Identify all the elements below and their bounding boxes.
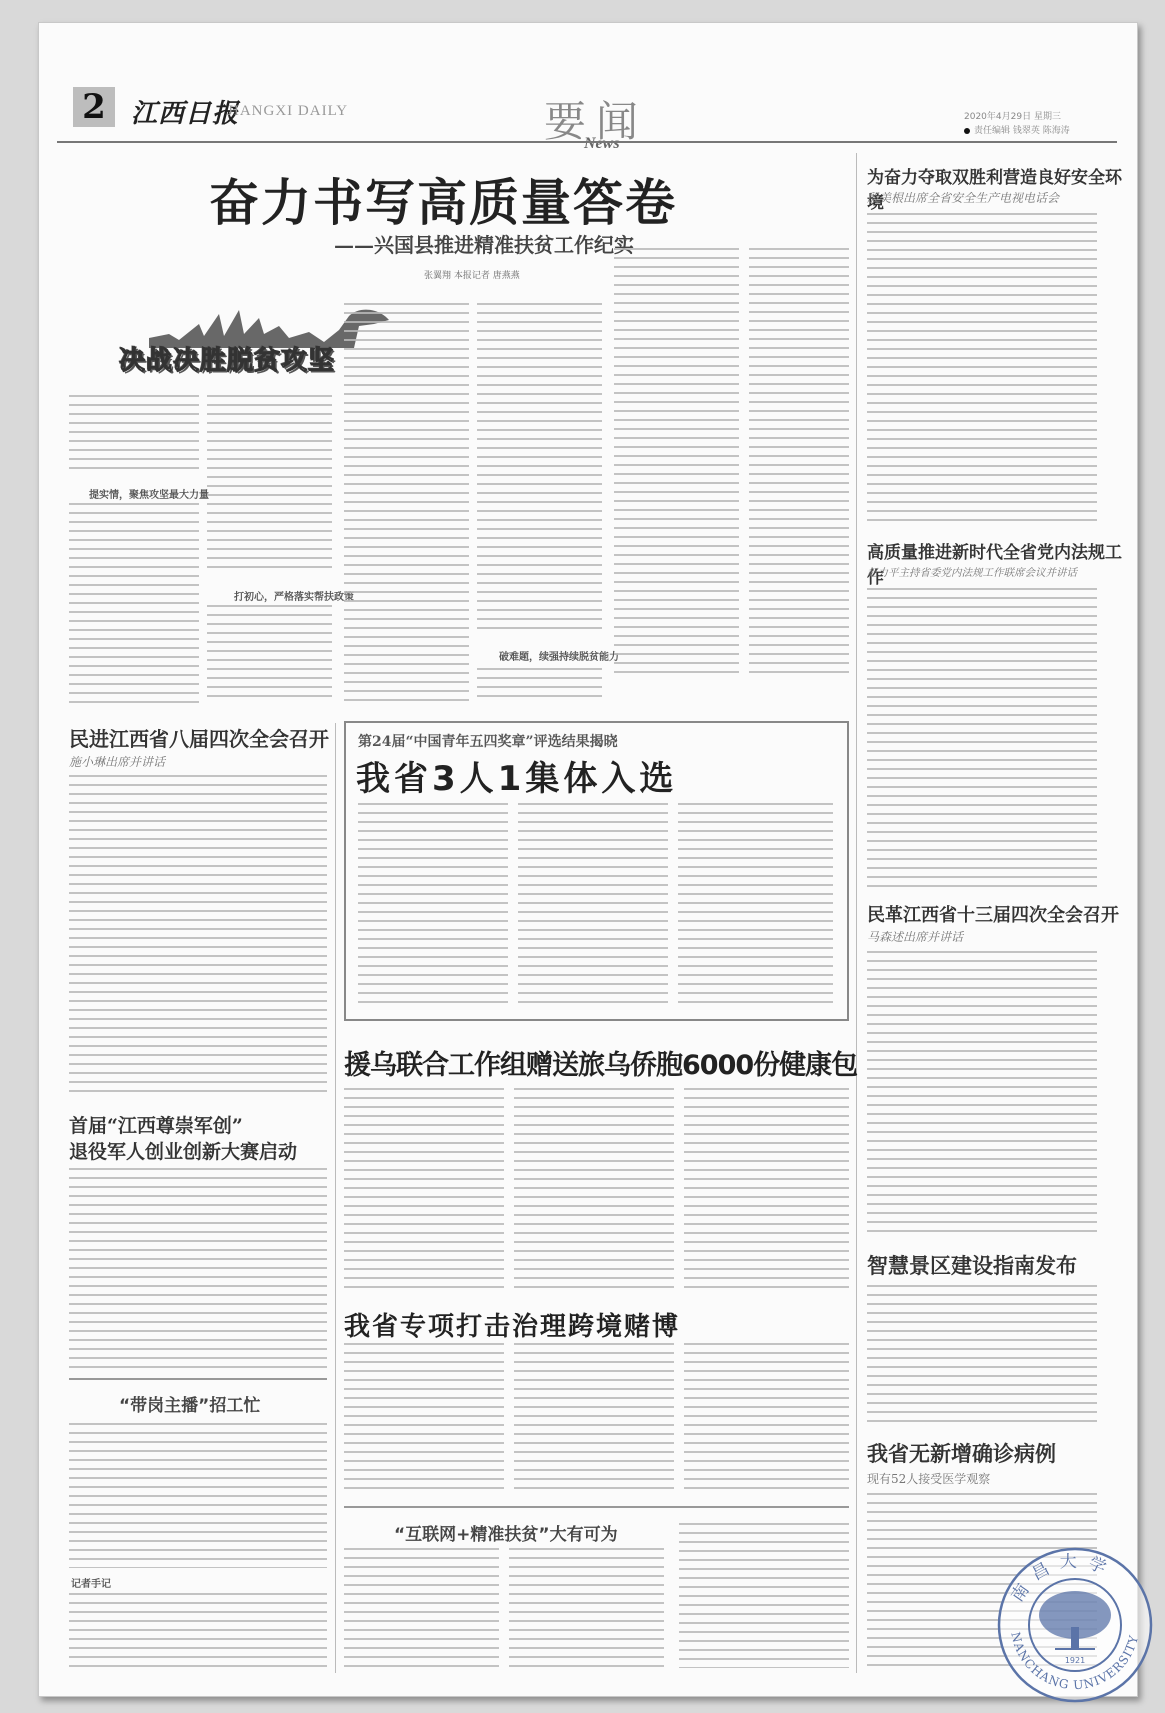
article-body [69, 1423, 327, 1568]
lead-subheadline: ——兴国县推进精准扶贫工作纪实 [334, 229, 634, 258]
nanchang-university-seal-icon: 1921 南昌大学 NANCHANG UNIVERSITY [995, 1545, 1155, 1705]
article-headline: 我省无新增确诊病例 [867, 1438, 1056, 1468]
article-body [344, 303, 469, 703]
article-body [344, 1548, 499, 1668]
issue-date: 2020年4月29日 星期三 [964, 109, 1061, 122]
article-body [207, 395, 332, 575]
seal-year: 1921 [1065, 1656, 1085, 1665]
article-body [477, 303, 602, 633]
featured-kicker: 第24届“中国青年五四奖章”评选结果揭晓 [358, 731, 618, 751]
article-body [749, 248, 849, 673]
article-headline: 我省专项打击治理跨境赌博 [344, 1306, 680, 1343]
article-subheadline: 现有52人接受医学观察 [867, 1470, 990, 1487]
newspaper-page: 2 江西日报 JIANGXI DAILY 要闻 News 2020年4月29日 … [38, 22, 1138, 1697]
lead-byline: 张翼翔 本报记者 唐燕燕 [424, 268, 520, 281]
article-body [867, 1285, 1097, 1425]
bullet-icon [964, 128, 970, 134]
article-body [69, 775, 327, 1095]
column-divider [335, 723, 336, 1673]
article-body [614, 248, 739, 673]
article-subheadline: 赵力平主持省委党内法规工作联席会议并讲话 [867, 565, 1077, 580]
article-body [69, 395, 199, 475]
article-headline: 高质量推进新时代全省党内法规工作 [867, 538, 1137, 588]
article-subheadline: 马森述出席并讲话 [867, 928, 963, 945]
header-rule [57, 141, 1117, 143]
section-rule [69, 1378, 327, 1380]
article-subhead: 破难题，续强持续脱贫能力 [499, 648, 619, 663]
article-subhead: 打初心，严格落实帮扶政策 [234, 588, 354, 603]
article-headline: “带岗主播”招工忙 [119, 1391, 260, 1416]
university-seal-watermark: 1921 南昌大学 NANCHANG UNIVERSITY [995, 1545, 1155, 1705]
editors-text: 责任编辑 钱翠英 陈海涛 [974, 126, 1070, 136]
masthead-logo: 江西日报 [131, 93, 239, 130]
article-body [518, 803, 668, 1008]
column-divider [856, 153, 857, 1673]
article-body [69, 1168, 327, 1368]
article-body [867, 213, 1097, 523]
article-headline: 民革江西省十三届四次全会召开 [867, 901, 1119, 927]
editors-line: 责任编辑 钱翠英 陈海涛 [964, 123, 1070, 136]
article-body [477, 668, 602, 703]
lead-headline: 奋力书写高质量答卷 [209, 163, 677, 235]
article-headline: “互联网+精准扶贫”大有可为 [394, 1520, 618, 1545]
article-headline: 民进江西省八届四次全会召开 [69, 723, 329, 752]
article-body [684, 1088, 849, 1288]
featured-headline: 我省3人1集体入选 [356, 751, 677, 800]
article-body [358, 803, 508, 1008]
section-title-english: News [584, 135, 620, 153]
article-body [867, 951, 1097, 1236]
article-body [69, 503, 199, 703]
article-body [207, 605, 332, 700]
article-body [69, 1593, 327, 1668]
article-body [509, 1548, 664, 1668]
article-body [867, 588, 1097, 888]
article-body [679, 1523, 849, 1668]
article-body [514, 1088, 674, 1288]
page-number: 2 [73, 87, 115, 127]
article-headline: 首届“江西尊崇军创” [69, 1111, 243, 1138]
article-headline: 援乌联合工作组赠送旅乌侨胞6000份健康包 [344, 1043, 857, 1082]
banner-slogan: 决战决胜脱贫攻坚 [119, 340, 335, 377]
section-rule [344, 1506, 849, 1508]
article-subhead: 记者手记 [71, 1575, 111, 1590]
article-body [344, 1343, 504, 1493]
article-subheadline: 殷美根出席全省安全生产电视电话会 [867, 189, 1059, 206]
article-subheadline: 施小琳出席并讲话 [69, 753, 165, 770]
article-subhead: 提实情，聚焦攻坚最大力量 [89, 486, 209, 501]
article-body [344, 1088, 504, 1288]
article-body [684, 1343, 849, 1493]
article-headline: 智慧景区建设指南发布 [867, 1250, 1077, 1280]
article-headline: 退役军人创业创新大赛启动 [69, 1137, 297, 1164]
article-body [678, 803, 833, 1008]
featured-article-box: 第24届“中国青年五四奖章”评选结果揭晓 我省3人1集体入选 [344, 721, 849, 1021]
article-body [514, 1343, 674, 1493]
masthead-english: JIANGXI DAILY [227, 103, 348, 120]
